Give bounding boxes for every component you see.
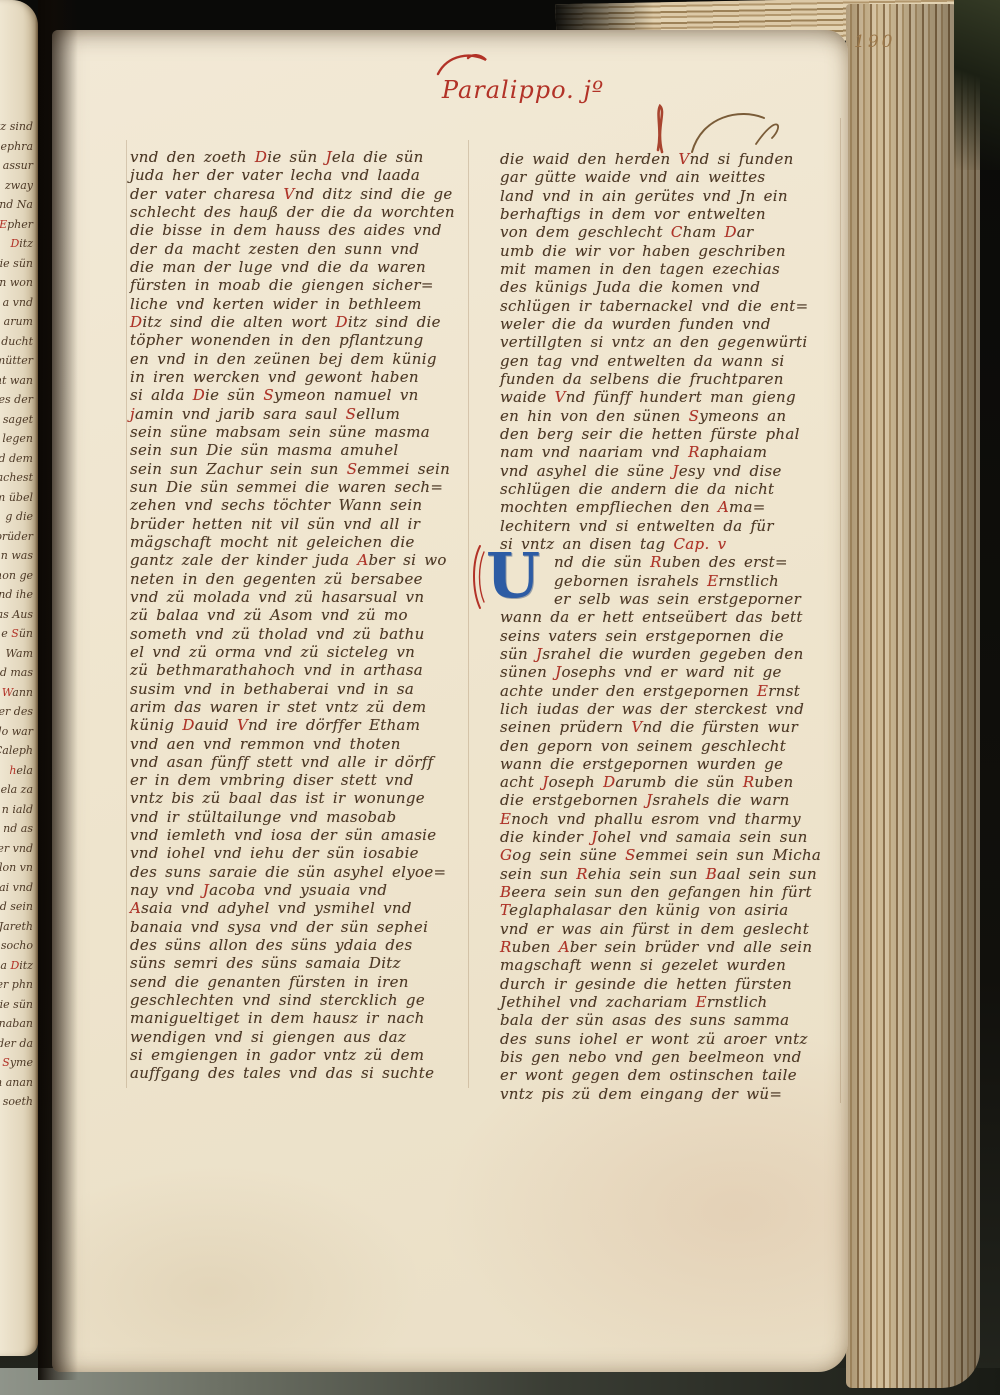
text-line: Enoch vnd phallu esrom vnd tharmy: [500, 810, 840, 828]
text-line: nd sein: [0, 897, 33, 917]
text-line: gar gütte waide vnd ain weittes: [500, 168, 840, 186]
text-line: vnd ir stültailunge vnd masobab: [130, 808, 468, 826]
text-line: vertillgten si vntz an den gegenwürti: [500, 333, 840, 351]
text-line: m anan: [0, 1073, 33, 1093]
text-line: vnd iemleth vnd iosa der sün amasie: [130, 826, 468, 844]
text-line: vnd ihe: [0, 585, 33, 605]
text-line: er selb was sein erstgeporner: [500, 590, 840, 608]
text-line: vntz pis zü dem eingang der wü=: [500, 1085, 840, 1103]
text-line: sun Die sün semmei die waren sech=: [130, 478, 468, 496]
ruling-line: [468, 140, 469, 1088]
text-line: vnd zü molada vnd zü hasarsual vn: [130, 588, 468, 606]
text-line: alon vn: [0, 858, 33, 878]
text-line: a Ditz: [0, 956, 33, 976]
text-line: arim das waren ir stet vntz zü dem: [130, 698, 468, 716]
text-line: berhaftigs in dem vor entwelten: [500, 205, 840, 223]
text-line: Epher: [0, 215, 33, 235]
text-line: send die genanten fürsten in iren: [130, 973, 468, 991]
text-line: jamin vnd jarib sara saul Sellum: [130, 405, 468, 423]
facing-page-edge: tz sindephraassurzwaynd NaEpherDitzdie s…: [0, 0, 38, 1356]
text-line: zü balaa vnd zü Asom vnd zü mo: [130, 606, 468, 624]
text-line: Wann: [0, 683, 33, 703]
text-line: nd as: [0, 819, 33, 839]
text-line: lich iudas der was der sterckest vnd: [500, 700, 840, 718]
text-line: Beera sein sun den gefangen hin fürt: [500, 883, 840, 901]
text-line: Wam: [0, 644, 33, 664]
illuminated-initial: U: [486, 546, 538, 610]
text-line: auffgang des tales vnd das si suchte: [130, 1064, 468, 1082]
text-line: umb die wir vor haben geschriben: [500, 242, 840, 260]
left-column: vnd den zoeth Die sün Jela die sünjuda h…: [130, 148, 468, 1083]
text-line: töpher wonenden in den pflantzung: [130, 331, 468, 349]
text-line: en vnd in den zeünen bej dem künig: [130, 350, 468, 368]
text-line: die erstgebornen Jsrahels die warn: [500, 791, 840, 809]
text-line: juda her der vater lecha vnd laada: [130, 166, 468, 184]
text-line: susim vnd in bethaberai vnd in sa: [130, 680, 468, 698]
text-line: ter des: [0, 702, 33, 722]
text-line: der da: [0, 1034, 33, 1054]
text-line: aas Aus: [0, 605, 33, 625]
text-line: zehen vnd sechs töchter Wann sein: [130, 496, 468, 514]
facing-page-text: tz sindephraassurzwaynd NaEpherDitzdie s…: [0, 117, 33, 1112]
text-line: vnd den zoeth Die sün Jela die sün: [130, 148, 468, 166]
text-line: Jareth: [0, 917, 33, 937]
text-line: mütter: [0, 351, 33, 371]
text-line: der vater charesa Vnd ditz sind die ge: [130, 185, 468, 203]
text-line: des suns iohel er wont zü aroer vntz: [500, 1030, 840, 1048]
running-title: Paralippo. jº: [398, 76, 648, 104]
text-line: vnd aen vnd remmon vnd thoten: [130, 735, 468, 753]
text-line: achest: [0, 468, 33, 488]
text-line: Asaia vnd adyhel vnd ysmihel vnd: [130, 899, 468, 917]
text-line: bes der: [0, 390, 33, 410]
text-line: weler die da wurden funden vnd: [500, 315, 840, 333]
text-line: a vnd: [0, 293, 33, 313]
background-shadow: [954, 0, 1000, 170]
text-line: d die sün: [0, 995, 33, 1015]
text-line: vntz bis zü baal das ist ir wonunge: [130, 789, 468, 807]
text-line: zü bethmarathahoch vnd in arthasa: [130, 661, 468, 679]
text-line: mit mamen in den tagen ezechias: [500, 260, 840, 278]
text-line: Caleph: [0, 741, 33, 761]
text-line: künig Dauid Vnd ire dörffer Etham: [130, 716, 468, 734]
text-line: den geporn von seinem geschlecht: [500, 737, 840, 755]
folio-number: 190: [854, 32, 895, 52]
text-line: schlügen die andern die da nicht: [500, 480, 840, 498]
text-line: ent wan: [0, 371, 33, 391]
text-line: vnd iohel vnd iehu der sün iosabie: [130, 844, 468, 862]
text-line: g die: [0, 507, 33, 527]
text-line: n arum: [0, 312, 33, 332]
initial-penwork-icon: [468, 542, 488, 612]
text-line: bis gen nebo vnd gen beelmeon vnd: [500, 1048, 840, 1066]
text-line: legen: [0, 429, 33, 449]
text-line: der da macht zesten den sunn vnd: [130, 240, 468, 258]
text-line: die sün: [0, 254, 33, 274]
text-line: acht Joseph Darumb die sün Ruben: [500, 773, 840, 791]
text-line: geschlechten vnd sind stercklich ge: [130, 991, 468, 1009]
text-line: n Syme: [0, 1053, 33, 1073]
text-line: nay vnd Jacoba vnd ysuaia vnd: [130, 881, 468, 899]
ruling-line: [840, 118, 841, 1103]
text-line: assur: [0, 156, 33, 176]
text-line: Ditz sind die alten wort Ditz sind die: [130, 313, 468, 331]
text-line: sein sun Die sün masma amuhel: [130, 441, 468, 459]
text-line: al saget: [0, 410, 33, 430]
text-line: die waid den herden Vnd si funden: [500, 150, 840, 168]
text-line: Ditz: [0, 234, 33, 254]
text-line: bala der sün asas des suns samma: [500, 1011, 840, 1029]
right-column: die waid den herden Vnd si fundengar güt…: [500, 150, 840, 1103]
text-line: sün Jsrahel die wurden gegeben den: [500, 645, 840, 663]
text-line: brüder hetten nit vil sün vnd all ir: [130, 515, 468, 533]
text-line: nd die sün Ruben des erst=: [500, 553, 840, 571]
text-line: nd Na: [0, 195, 33, 215]
text-line: sein sun Rehia sein sun Baal sein sun: [500, 865, 840, 883]
text-line: wann da er hett entseübert das bett: [500, 608, 840, 626]
text-line: in iren wercken vnd gewont haben: [130, 368, 468, 386]
text-line: sein sun Zachur sein sun Semmei sein: [130, 460, 468, 478]
text-line: die bisse in dem hauss des aides vnd: [130, 221, 468, 239]
text-line: die man der luge vnd die da waren: [130, 258, 468, 276]
text-line: prüder: [0, 527, 33, 547]
text-line: vnd asyhel die süne Jesy vnd dise: [500, 462, 840, 480]
text-line: d mas: [0, 663, 33, 683]
text-line: er in dem vmbring diser stett vnd: [130, 771, 468, 789]
text-line: do war: [0, 722, 33, 742]
text-line: Teglaphalasar den künig von asiria: [500, 901, 840, 919]
text-line: achte under den erstgepornen Ernst: [500, 682, 840, 700]
text-line: gen tag vnd entwelten da wann si: [500, 352, 840, 370]
text-line: n iald: [0, 800, 33, 820]
text-line: magschaft wenn si gezelet wurden: [500, 956, 840, 974]
text-line: n was: [0, 546, 33, 566]
text-line: soeth: [0, 1092, 33, 1112]
text-line: neten in den gegenten zü bersabee: [130, 570, 468, 588]
text-line: mägschaft mocht nit geleichen die: [130, 533, 468, 551]
book-fore-edge: [846, 4, 980, 1388]
text-line: banaia vnd sysa vnd der sün sephei: [130, 918, 468, 936]
text-line: ducht: [0, 332, 33, 352]
text-line: vnd er was ain fürst in dem geslecht: [500, 920, 840, 938]
text-line: en hin von den sünen Symeons an: [500, 407, 840, 425]
text-line: Sela za: [0, 780, 33, 800]
text-line: r naban: [0, 1014, 33, 1034]
text-line: waide Vnd fünff hundert man gieng: [500, 388, 840, 406]
text-line: dem übel: [0, 488, 33, 508]
pen-flourish-icon: [432, 50, 496, 78]
text-line: someth vnd zü tholad vnd zü bathu: [130, 625, 468, 643]
text-line: hela: [0, 761, 33, 781]
text-line: schlecht des hauß der die da worchten: [130, 203, 468, 221]
text-line: fürsten in moab die giengen sicher=: [130, 276, 468, 294]
text-line: Gog sein süne Semmei sein sun Micha: [500, 846, 840, 864]
text-line: an won: [0, 273, 33, 293]
text-line: hon ge: [0, 566, 33, 586]
text-line: sünen Josephs vnd er ward nit ge: [500, 663, 840, 681]
text-line: nam vnd naariam vnd Raphaiam: [500, 443, 840, 461]
text-line: ephra: [0, 137, 33, 157]
text-line: manigueltiget in dem hausz ir nach: [130, 1009, 468, 1027]
ascender-flourish-icon: [628, 104, 788, 154]
text-line: rmai vnd: [0, 878, 33, 898]
text-line: e Sün: [0, 624, 33, 644]
text-line: her vnd: [0, 839, 33, 859]
text-line: gantz zale der kinder juda Aber si wo: [130, 551, 468, 569]
text-line: si emgiengen in gador vntz zü dem: [130, 1046, 468, 1064]
text-line: von dem geschlecht Cham Dar: [500, 223, 840, 241]
text-line: durch ir gesinde die hetten fürsten: [500, 975, 840, 993]
text-line: vnd asan fünff stett vnd alle ir dörff: [130, 753, 468, 771]
text-line: liche vnd kerten wider in bethleem: [130, 295, 468, 313]
text-line: socho: [0, 936, 33, 956]
text-line: seinen prüdern Vnd die fürsten wur: [500, 718, 840, 736]
text-line: tz sind: [0, 117, 33, 137]
text-line: el vnd zü orma vnd zü sicteleg vn: [130, 643, 468, 661]
text-line: er wont gegen dem ostinschen taile: [500, 1066, 840, 1084]
text-line: süns semri des süns samaia Ditz: [130, 954, 468, 972]
text-line: d dem: [0, 449, 33, 469]
text-line: zway: [0, 176, 33, 196]
text-line: land vnd in ain gerütes vnd Jn ein: [500, 187, 840, 205]
ruling-line: [126, 140, 127, 1088]
text-line: Jethihel vnd zachariam Ernstlich: [500, 993, 840, 1011]
text-line: wendigen vnd si giengen aus daz: [130, 1028, 468, 1046]
text-line: die kinder Johel vnd samaia sein sun: [500, 828, 840, 846]
text-line: seins vaters sein erstgepornen die: [500, 627, 840, 645]
text-line: funden da selbens die fruchtparen: [500, 370, 840, 388]
text-line: mochten empfliechen den Ama=: [500, 498, 840, 516]
text-line: des suns saraie die sün asyhel elyoe=: [130, 863, 468, 881]
text-line: gebornen israhels Ernstlich: [500, 572, 840, 590]
text-line: den berg seir die hetten fürste phal: [500, 425, 840, 443]
text-line: lechitern vnd si entwelten da für: [500, 517, 840, 535]
text-line: Ruben Aber sein brüder vnd alle sein: [500, 938, 840, 956]
text-line: si alda Die sün Symeon namuel vn: [130, 386, 468, 404]
manuscript-photo: tz sindephraassurzwaynd NaEpherDitzdie s…: [0, 0, 1000, 1395]
text-line: des künigs Juda die komen vnd: [500, 278, 840, 296]
text-line: si vntz an disen tag Cap. v: [500, 535, 840, 553]
text-line: er phn: [0, 975, 33, 995]
text-line: schlügen ir tabernackel vnd die ent=: [500, 297, 840, 315]
text-line: des süns allon des süns ydaia des: [130, 936, 468, 954]
text-line: sein süne mabsam sein süne masma: [130, 423, 468, 441]
text-line: wann die erstgepornen wurden ge: [500, 755, 840, 773]
